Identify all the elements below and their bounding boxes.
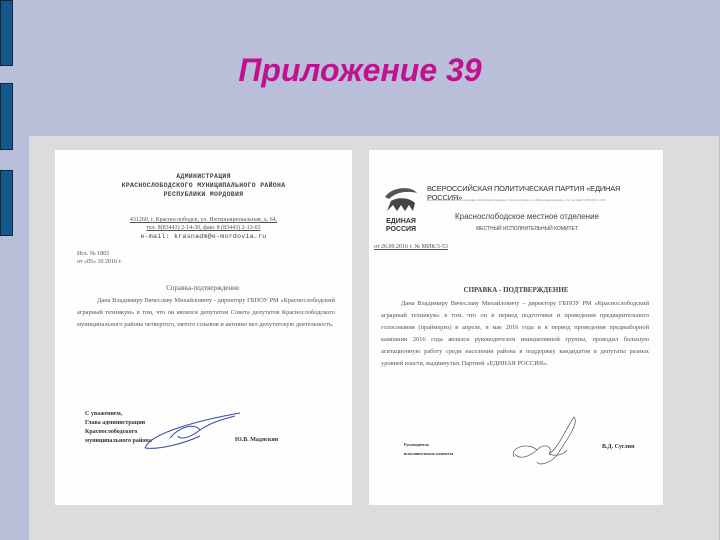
accent-bar-2 (0, 83, 13, 150)
slide-title: Приложение 39 (0, 52, 720, 89)
right-doc-title: СПРАВКА - ПОДТВЕРЖДЕНИЕ (369, 285, 663, 295)
left-doc-address: 431260, г. Краснослободск, ул. Интернаци… (55, 216, 352, 241)
right-doc-body: Дана Владимиру Вячеславу Михайловичу – д… (381, 298, 649, 370)
left-doc-signatory: Ю.В. Мадяскин (235, 436, 278, 444)
closing-line: исполнительного комитета (404, 449, 453, 458)
accent-bar-3 (0, 170, 13, 236)
right-doc-signatory: В.Д. Суслин (602, 443, 635, 451)
signature-icon (140, 408, 250, 458)
left-document: АДМИНИСТРАЦИЯ КРАСНОСЛОБОДСКОГО МУНИЦИПА… (55, 150, 352, 505)
bear-logo-icon (383, 185, 419, 213)
right-doc-reference: от 26.09.2016 г. № МИК/3-53 (374, 243, 448, 251)
left-doc-reference: Исх. № 1865 от «05» 10 2016 г. (77, 250, 122, 266)
header-line: КРАСНОСЛОБОДСКОГО МУНИЦИПАЛЬНОГО РАЙОНА (55, 181, 352, 190)
header-line: АДМИНИСТРАЦИЯ (55, 172, 352, 181)
address-line: тел. 8(83443) 2-14-30, факс 8 (83443) 2-… (55, 224, 352, 232)
logo-text: РОССИЯ (381, 226, 421, 234)
left-doc-body: Дана Владимиру Вячеславу Михайловичу - д… (77, 295, 335, 331)
ref-number: Исх. № 1865 (77, 250, 122, 258)
address-line: e-mail: krasnadm@e-mordovia.ru (55, 232, 352, 241)
signature-icon (509, 412, 589, 472)
branch-name: Краснослободское местное отделение (427, 212, 627, 221)
left-doc-title: Справка-подтверждение. (55, 283, 352, 293)
ref-date: от «05» 10 2016 г. (77, 258, 122, 266)
header-line: РЕСПУБЛИКИ МОРДОВИЯ (55, 190, 352, 199)
party-address: Краснослободское местное отделение, Респ… (427, 198, 657, 202)
address-line: 431260, г. Краснослободск, ул. Интернаци… (55, 216, 352, 224)
right-document: ЕДИНАЯ РОССИЯ ВСЕРОССИЙСКАЯ ПОЛИТИЧЕСКАЯ… (369, 150, 663, 505)
left-doc-header: АДМИНИСТРАЦИЯ КРАСНОСЛОБОДСКОГО МУНИЦИПА… (55, 172, 352, 199)
right-doc-closing: Руководитель исполнительного комитета (404, 440, 453, 458)
closing-line: Руководитель (404, 440, 453, 449)
committee-name: МЕСТНЫЙ ИСПОЛНИТЕЛЬНЫЙ КОМИТЕТ (427, 226, 627, 232)
party-logo: ЕДИНАЯ РОССИЯ (381, 185, 421, 235)
logo-text: ЕДИНАЯ (381, 218, 421, 226)
